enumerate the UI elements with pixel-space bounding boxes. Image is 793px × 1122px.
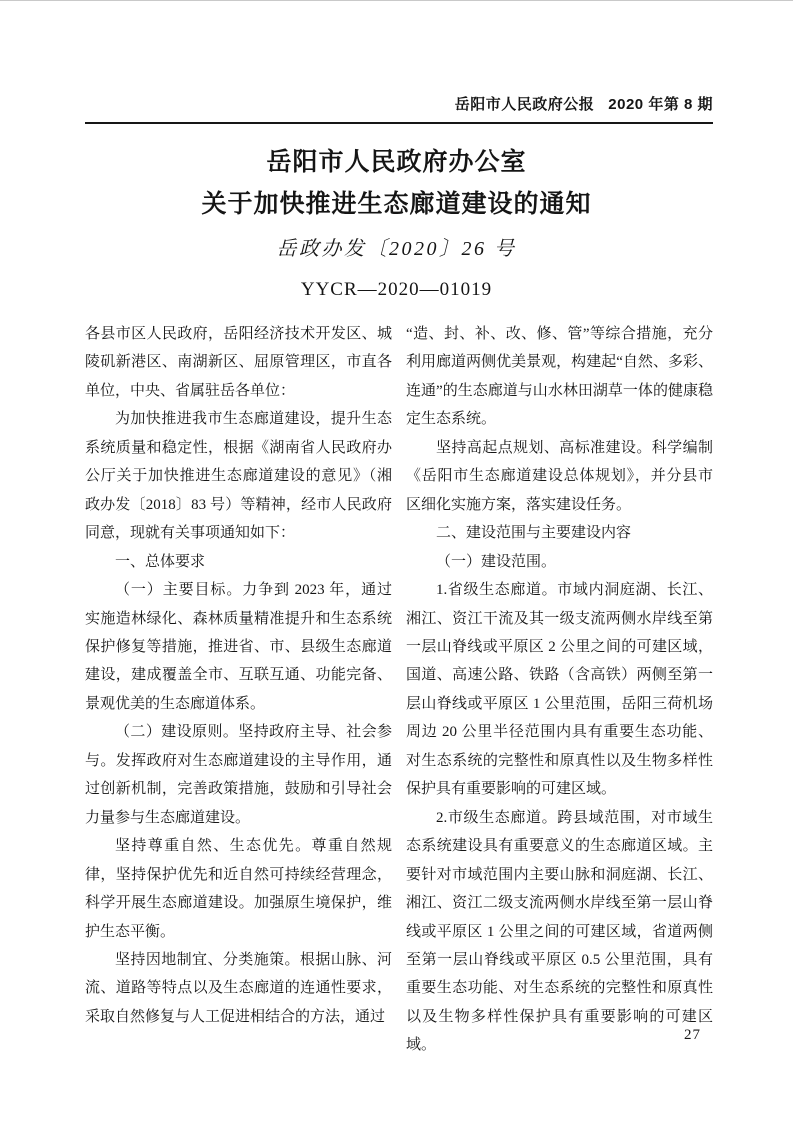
intro-paragraph: 为加快推进我市生态廊道建设，提升生态系统质量和稳定性，根据《湖南省人民政府办公厅… <box>85 405 392 547</box>
section-2-heading: 二、建设范围与主要建设内容 <box>406 519 713 547</box>
para-municipal-corridor: 2.市级生态廊道。跨县域范围，对市域生态系统建设具有重要意义的生态廊道区域。主要… <box>406 804 713 1060</box>
section-1-heading: 一、总体要求 <box>85 548 392 576</box>
document-title-line2: 关于加快推进生态廊道建设的通知 <box>201 191 591 218</box>
document-body: 各县市区人民政府，岳阳经济技术开发区、城陵矶新港区、南湖新区、屈原管理区，市直各… <box>85 320 713 1060</box>
serial-number: YYCR—2020—01019 <box>0 279 793 301</box>
para-principles-nature: 坚持尊重自然、生态优先。尊重自然规律，坚持保护优先和近自然可持续经营理念，科学开… <box>85 832 392 946</box>
gazette-issue: 2020 年第 8 期 <box>608 96 713 113</box>
para-principles-planning: 坚持高起点规划、高标准建设。科学编制《岳阳市生态廊道建设总体规划》，并分县市区细… <box>406 434 713 519</box>
body-column-left: 各县市区人民政府，岳阳经济技术开发区、城陵矶新港区、南湖新区、屈原管理区，市直各… <box>85 320 392 1060</box>
body-column-right: “造、封、补、改、修、管”等综合措施，充分利用廊道两侧优美景观，构建起“自然、多… <box>406 320 713 1060</box>
para-principles-government: （二）建设原则。坚持政府主导、社会参与。发挥政府对生态廊道建设的主导作用，通过创… <box>85 718 392 832</box>
document-title: 岳阳市人民政府办公室 关于加快推进生态廊道建设的通知 <box>0 142 793 226</box>
document-number: 岳政办发〔2020〕26 号 <box>0 232 793 261</box>
gazette-page: 岳阳市人民政府公报2020 年第 8 期 岳阳市人民政府办公室 关于加快推进生态… <box>0 0 793 1122</box>
page-number: 27 <box>85 1027 701 1044</box>
addressee-paragraph: 各县市区人民政府，岳阳经济技术开发区、城陵矶新港区、南湖新区、屈原管理区，市直各… <box>85 320 392 405</box>
para-principles-local-part2: “造、封、补、改、修、管”等综合措施，充分利用廊道两侧优美景观，构建起“自然、多… <box>406 320 713 434</box>
para-main-goals: （一）主要目标。力争到 2023 年，通过实施造林绿化、森林质量精准提升和生态系… <box>85 576 392 718</box>
gazette-title: 岳阳市人民政府公报 <box>455 96 595 113</box>
document-title-line1: 岳阳市人民政府办公室 <box>266 149 526 176</box>
para-provincial-corridor: 1.省级生态廊道。市域内洞庭湖、长江、湘江、资江干流及其一级支流两侧水岸线至第一… <box>406 576 713 804</box>
subsection-2-1-heading: （一）建设范围。 <box>406 548 713 576</box>
para-principles-local-part1: 坚持因地制宜、分类施策。根据山脉、河流、道路等特点以及生态廊道的连通性要求，采取… <box>85 946 392 1031</box>
page-header: 岳阳市人民政府公报2020 年第 8 期 <box>85 93 713 124</box>
